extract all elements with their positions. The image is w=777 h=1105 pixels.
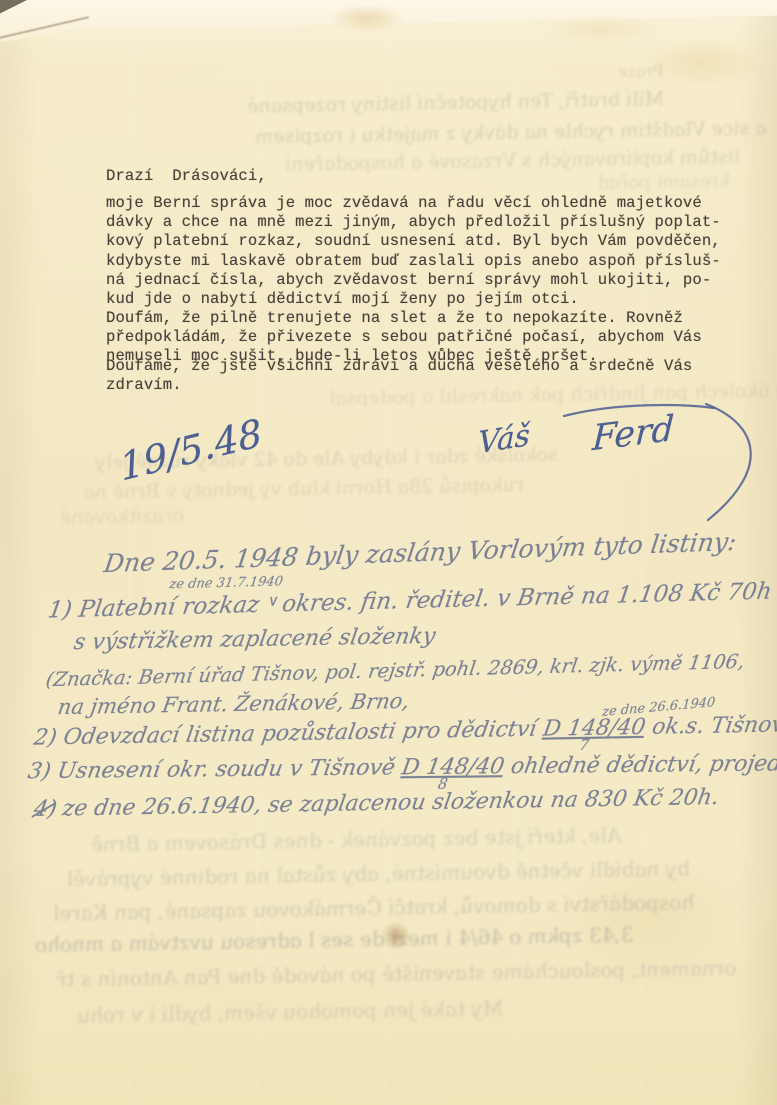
note-item-2: 2) Odevzdací listina pozůstalosti pro dě… [32,712,777,750]
case-correction: 7 [578,736,590,754]
note-item-1-lead: 1) Platební rozkaz [46,592,261,624]
handwritten-date: 19/5.48 [117,410,265,489]
ink-bleedthrough-line: Ale, kteří jste bez pozvánek - dnes Drás… [89,823,623,856]
note-item-3: 3) Usnesení okr. soudu v TišnověD 148/40… [26,751,777,784]
strikethrough-marker: 4) [32,797,59,822]
ink-bleedthrough-line: a sice Vladštím rychle na dávky z majetk… [254,118,769,149]
scanned-letter-page: Praze Milí bratři, Ten hypoteční listiny… [0,0,777,1105]
letter-salutation: Drazí Drásováci, [106,167,267,186]
letter-paragraph-1: moje Berní správa je moc zvědavá na řadu… [106,194,721,309]
scan-edge-band [0,0,777,46]
note-item-3-tail: ohledně dědictví, projednání [509,751,777,779]
note-item-2-tail: ok.s. Tišnov [650,712,777,739]
note-item-4: 4)ze dne 26.6.1940, se zaplacenou složen… [32,785,721,822]
ink-bleedthrough-line: orazítkované [58,505,186,529]
note-item-2-lead: 2) Odevzdací listina pozůstalosti pro dě… [32,717,538,751]
note-item-1-line-4: na jméno Frant. Ženákové, Brno, [56,689,411,719]
note-item-1-line-1: 1) Platební rozkaz∨okres. fin. ředitel. … [46,578,773,623]
ink-bleedthrough-line: Praze [616,62,665,82]
ink-bleedthrough-line: ornament, posloucháme staveniště po návo… [55,956,738,992]
note-item-3-lead: 3) Usnesení okr. soudu v Tišnově [26,755,397,784]
case-number-text: D 148/40 [400,754,506,780]
signature-flourish [556,390,777,530]
case-number-text: D 148/40 [541,715,647,742]
note-item-1-rest: okres. fin. ředitel. v Brně na 1.108 Kč … [280,578,773,617]
ink-bleedthrough-line: 3,43 zpkm o 46/4 i mezi de ses l adresou… [33,923,635,957]
ink-bleedthrough-line: kresami pořad [596,171,732,194]
notes-header: Dne 20.5. 1948 byly zaslány Vorlovým tyt… [102,527,738,578]
note-item-1-line-2: s výstřižkem zaplacené složenky [72,624,437,655]
caret-mark: ∨ [267,591,281,609]
note-inserted-date: ze dne 31.7.1940 [168,574,284,592]
case-number: D 148/407 [541,715,647,742]
ink-bleedthrough-line: hospodářství s domovů, kratčí Čermákovou… [51,890,696,925]
ink-bleedthrough-line: My také jen pomohou všem, bydlí i v rohu [75,996,505,1027]
note-item-1-line-3: (Značka: Berní úřad Tišnov, pol. rejstř.… [44,650,746,691]
ink-bleedthrough-line: Milí bratři, Ten hypoteční listiny rozep… [246,88,666,117]
case-number: D 148/408 [400,754,506,780]
note-item-4-text: ze dne 26.6.1940, se zaplacenou složenko… [61,785,721,822]
ink-bleedthrough-line: by nabídli včetně dvoumístné, aby zůstal… [65,857,692,892]
